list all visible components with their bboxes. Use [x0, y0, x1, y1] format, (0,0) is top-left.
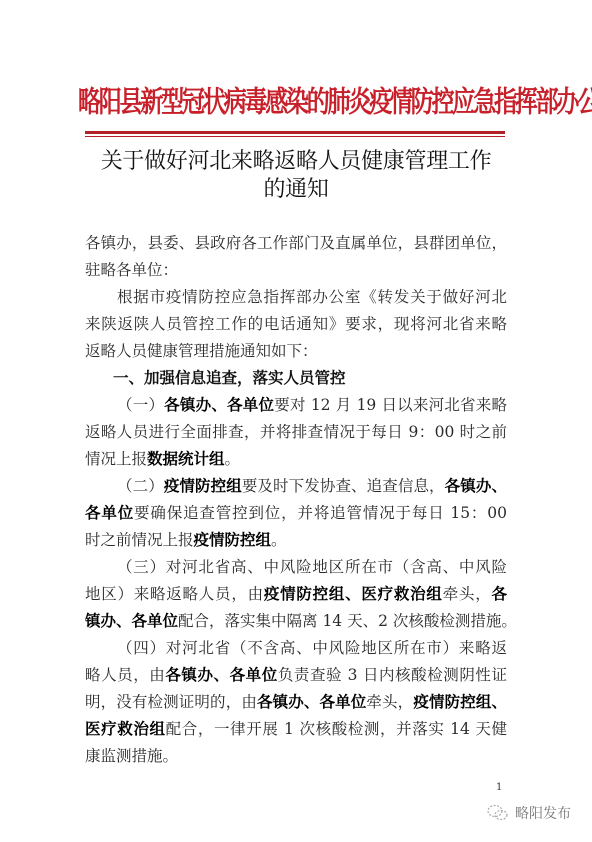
document-page: 略阳县新型冠状病毒感染的肺炎疫情防控应急指挥部办公室 关于做好河北来略返略人员健… — [0, 0, 592, 842]
intro-line-1: 根据市疫情防控应急指挥部办公室《转发关于做好河北 — [85, 284, 507, 311]
item3-line-3: 镇办、各单位配合，落实集中隔离 14 天、2 次核酸检测措施。 — [85, 608, 507, 635]
bold-text: 疫情防控组 — [164, 477, 242, 495]
item4-line-5: 康监测措施。 — [85, 743, 507, 770]
item2-line-2: 各单位要确保追查管控到位，并将追管情况于每日 15：00 — [85, 500, 507, 527]
bold-text: 各镇办、各单位 — [165, 666, 277, 684]
bold-text: 数据统计组 — [147, 450, 225, 468]
wechat-icon — [487, 804, 509, 822]
header-rule-thick — [85, 131, 505, 134]
bold-text: 疫情防控组、医疗救治组 — [264, 585, 443, 603]
section-heading-1: 一、加强信息追查，落实人员管控 — [85, 365, 507, 392]
title-line-2: 的通知 — [80, 176, 512, 204]
recipients-line-2: 驻略各单位： — [85, 257, 507, 284]
bold-text: 各镇办、 — [445, 477, 507, 495]
bold-text: 镇办、各单位 — [85, 612, 178, 630]
item3-line-2: 地区）来略返略人员，由疫情防控组、医疗救治组牵头，各 — [85, 581, 507, 608]
bold-text: 医疗救治组 — [85, 720, 166, 738]
watermark: 略阳发布 — [487, 803, 571, 823]
item1-line-2: 返略人员进行全面排查，并将排查情况于每日 9：00 时之前 — [85, 419, 507, 446]
item4-line-4: 医疗救治组配合，一律开展 1 次核酸检测，并落实 14 天健 — [85, 716, 507, 743]
bold-text: 各 — [491, 585, 507, 603]
item1-line-3: 情况上报数据统计组。 — [85, 446, 507, 473]
item4-line-2: 略人员，由各镇办、各单位负责查验 3 日内核酸检测阴性证 — [85, 662, 507, 689]
intro-line-3: 返略人员健康管理措施通知如下： — [85, 338, 507, 365]
page-number: 1 — [496, 782, 502, 793]
title-line-1: 关于做好河北来略返略人员健康管理工作 — [80, 148, 512, 176]
document-title: 关于做好河北来略返略人员健康管理工作 的通知 — [80, 148, 512, 204]
intro-line-2: 来陕返陕人员管控工作的电话通知》要求，现将河北省来略 — [85, 311, 507, 338]
item1-line-1: （一）各镇办、各单位要对 12 月 19 日以来河北省来略 — [85, 392, 507, 419]
bold-text: 各单位 — [85, 504, 134, 522]
item4-line-1: （四）对河北省（不含高、中风险地区所在市）来略返 — [85, 635, 507, 662]
item4-line-3: 明，没有检测证明的，由各镇办、各单位牵头，疫情防控组、 — [85, 689, 507, 716]
organization-header: 略阳县新型冠状病毒感染的肺炎疫情防控应急指挥部办公室 — [78, 84, 514, 122]
bold-text: 各镇办、各单位 — [164, 396, 274, 414]
item2-line-1: （二）疫情防控组要及时下发协查、追查信息，各镇办、 — [85, 473, 507, 500]
item3-line-1: （三）对河北省高、中风险地区所在市（含高、中风险 — [85, 554, 507, 581]
document-body: 各镇办，县委、县政府各工作部门及直属单位，县群团单位， 驻略各单位： 根据市疫情… — [85, 230, 507, 770]
recipients-line-1: 各镇办，县委、县政府各工作部门及直属单位，县群团单位， — [85, 230, 507, 257]
bold-text: 疫情防控组、 — [413, 693, 507, 711]
header-rule-thin — [85, 136, 505, 137]
watermark-text: 略阳发布 — [515, 803, 571, 823]
bold-text: 疫情防控组 — [194, 531, 272, 549]
bold-text: 各镇办、各单位 — [257, 693, 366, 711]
item2-line-3: 时之前情况上报疫情防控组。 — [85, 527, 507, 554]
